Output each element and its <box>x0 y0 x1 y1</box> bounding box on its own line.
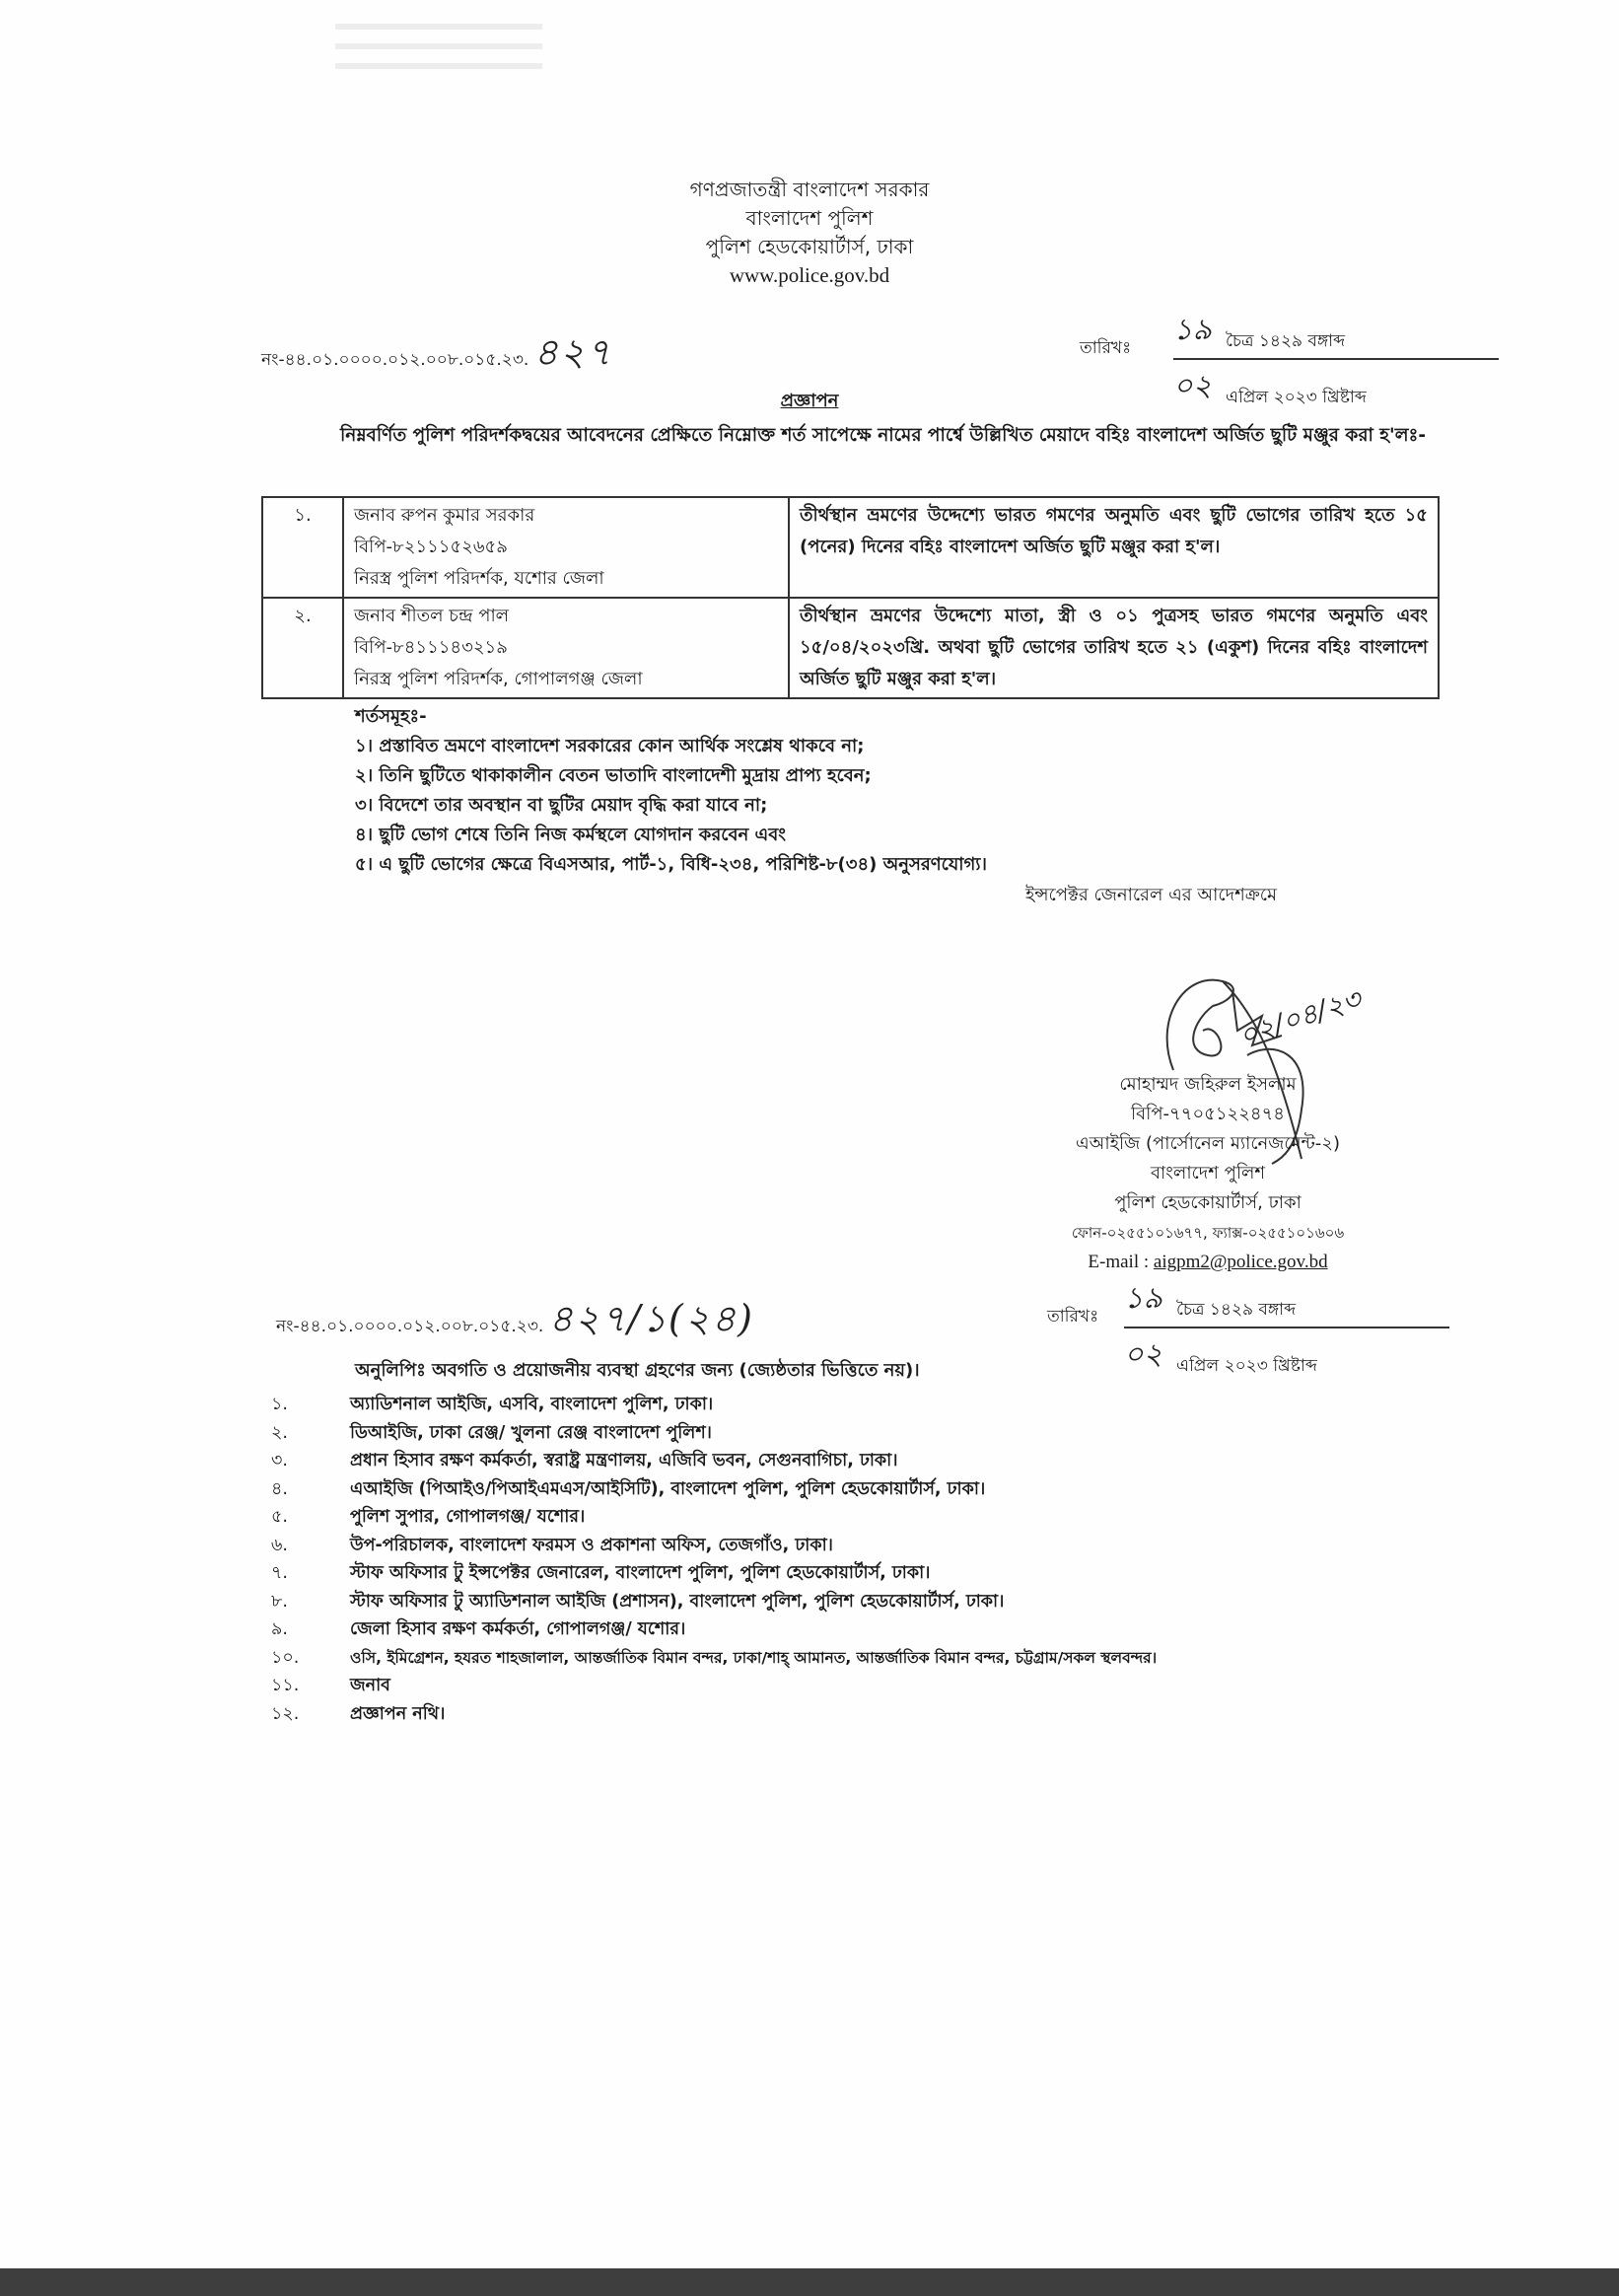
office-name: পুলিশ হেডকোয়ার্টার্স, ঢাকা <box>0 233 1619 261</box>
condition-item: ৫। এ ছুটি ভোগের ক্ষেত্রে বিএসআর, পার্ট-১… <box>355 850 987 880</box>
officer-name: জনাব রুপন কুমার সরকার <box>354 500 778 532</box>
condition-item: ২। তিনি ছুটিতে থাকাকালীন বেতন ভাতাদি বাং… <box>355 761 987 791</box>
letterhead: গণপ্রজাতন্ত্রী বাংলাদেশ সরকার বাংলাদেশ প… <box>0 176 1619 290</box>
memo-reference: নং-৪৪.০১.০০০০.০১২.০০৮.০১৫.২৩. ৪২৭ <box>261 323 612 387</box>
conditions-heading: শর্তসমূহঃ- <box>355 702 987 732</box>
officer-cell: জনাব রুপন কুমার সরকার বিপি-৮২১১১৫২৬৫৯ নি… <box>343 497 789 598</box>
website-link[interactable]: www.police.gov.bd <box>0 261 1619 290</box>
signatory-designation: এআইজি (পার্সোনেল ম্যানেজমেন্ট-২) <box>1016 1129 1400 1159</box>
copy-date-label: তারিখঃ <box>1047 1304 1098 1331</box>
leave-details: তীর্থস্থান ভ্রমণের উদ্দেশ্যে মাতা, স্ত্র… <box>789 598 1439 698</box>
officer-cell: জনাব শীতল চন্দ্র পাল বিপি-৮৪১১১৪৩২১৯ নির… <box>343 598 789 698</box>
govt-name: গণপ্রজাতন্ত্রী বাংলাদেশ সরকার <box>0 176 1619 204</box>
english-day: ০২ <box>1124 1330 1162 1381</box>
subject-title: প্রজ্ঞাপন <box>781 391 839 411</box>
condition-item: ৪। ছুটি ভোগ শেষে তিনি নিজ কর্মস্থলে যোগদ… <box>355 821 987 850</box>
leave-details: তীর্থস্থান ভ্রমণের উদ্দেশ্যে ভারত গমণের … <box>789 497 1439 598</box>
copies-intro: অনুলিপিঃ অবগতি ও প্রয়োজনীয় ব্যবস্থা গ্… <box>355 1356 920 1387</box>
bangla-day: ১৯ <box>1124 1274 1162 1325</box>
conditions-list: শর্তসমূহঃ- ১। প্রস্তাবিত ভ্রমণে বাংলাদেশ… <box>355 702 987 880</box>
memo-ref-number: নং-৪৪.০১.০০০০.০১২.০০৮.০১৫.২৩. <box>261 350 528 370</box>
list-item: ৫.পুলিশ সুপার, গোপালগঞ্জ/ যশোর। <box>271 1503 1157 1532</box>
list-item: ৬.উপ-পরিচালক, বাংলাদেশ ফরমস ও প্রকাশনা অ… <box>271 1532 1157 1560</box>
copy-memo-reference: নং-৪৪.০১.০০০০.০১২.০০৮.০১৫.২৩. ৪২৭/১(২৪) <box>276 1290 754 1353</box>
list-item: ১০.ওসি, ইমিগ্রেশন, হযরত শাহজালাল, আন্তর্… <box>271 1644 1157 1673</box>
grant-table: ১. জনাব রুপন কুমার সরকার বিপি-৮২১১১৫২৬৫৯… <box>261 496 1440 699</box>
list-item: ৭.স্টাফ অফিসার টু ইন্সপেক্টর জেনারেল, বা… <box>271 1559 1157 1588</box>
signatory-name: মোহাম্মদ জহিরুল ইসলাম <box>1016 1070 1400 1100</box>
date-divider <box>1173 358 1499 360</box>
bleed-through-text <box>335 10 542 89</box>
scanner-bottom-edge <box>0 2268 1619 2296</box>
memo-ref-handwritten: ৪২৭ <box>533 330 612 374</box>
list-item: ২.ডিআইজি, ঢাকা রেঞ্জ/ খুলনা রেঞ্জ বাংলাদ… <box>271 1419 1157 1448</box>
signatory-phone-fax: ফোন-০২৫৫১০১৬৭৭, ফ্যাক্স-০২৫৫১০১৬০৬ <box>1016 1218 1400 1248</box>
subject-wrap: প্রজ্ঞাপন <box>0 387 1619 417</box>
list-item: ১২.প্রজ্ঞাপন নথি। <box>271 1700 1157 1729</box>
signatory-office: পুলিশ হেডকোয়ার্টার্স, ঢাকা <box>1016 1188 1400 1218</box>
serial-cell: ১. <box>262 497 343 598</box>
list-item: ১.অ্যাডিশনাল আইজি, এসবি, বাংলাদেশ পুলিশ,… <box>271 1391 1157 1419</box>
table-row: ২. জনাব শীতল চন্দ্র পাল বিপি-৮৪১১১৪৩২১৯ … <box>262 598 1439 698</box>
signatory-block: মোহাম্মদ জহিরুল ইসলাম বিপি-৭৭০৫১২২৪৭৪ এআ… <box>1016 1070 1400 1277</box>
officer-bp: বিপি-৮২১১১৫২৬৫৯ <box>354 532 778 563</box>
officer-designation: নিরস্ত্র পুলিশ পরিদর্শক, যশোর জেলা <box>354 563 778 595</box>
signatory-bp: বিপি-৭৭০৫১২২৪৭৪ <box>1016 1100 1400 1129</box>
signatory-org: বাংলাদেশ পুলিশ <box>1016 1159 1400 1188</box>
signatory-email-line: E-mail : aigpm2@police.gov.bd <box>1016 1248 1400 1277</box>
copy-ref-handwritten: ৪২৭/১(২৪) <box>548 1297 754 1340</box>
bangla-day: ১৯ <box>1173 306 1212 356</box>
copy-ref-number: নং-৪৪.০১.০০০০.০১২.০০৮.০১৫.২৩. <box>276 1317 543 1336</box>
intro-paragraph: নিম্নবর্ণিত পুলিশ পরিদর্শকদ্বয়ের আবেদনে… <box>261 419 1444 452</box>
list-item: ৮.স্টাফ অফিসার টু অ্যাডিশনাল আইজি (প্রশা… <box>271 1588 1157 1616</box>
by-order-line: ইন্সপেক্টর জেনারেল এর আদেশক্রমে <box>1025 881 1277 911</box>
condition-item: ১। প্রস্তাবিত ভ্রমণে বাংলাদেশ সরকারের কো… <box>355 732 987 761</box>
condition-item: ৩। বিদেশে তার অবস্থান বা ছুটির মেয়াদ বৃ… <box>355 791 987 821</box>
officer-designation: নিরস্ত্র পুলিশ পরিদর্শক, গোপালগঞ্জ জেলা <box>354 664 778 695</box>
date-divider <box>1124 1327 1449 1328</box>
memo-date-label: তারিখঃ <box>1080 335 1131 363</box>
list-item: ১১.জনাব <box>271 1672 1157 1700</box>
english-month-year: এপ্রিল ২০২৩ খ্রিষ্টাব্দ <box>1176 1353 1317 1381</box>
serial-cell: ২. <box>262 598 343 698</box>
table-row: ১. জনাব রুপন কুমার সরকার বিপি-৮২১১১৫২৬৫৯… <box>262 497 1439 598</box>
list-item: ৯.জেলা হিসাব রক্ষণ কর্মকর্তা, গোপালগঞ্জ/… <box>271 1615 1157 1644</box>
copy-memo-date: ১৯চৈত্র ১৪২৯ বঙ্গাব্দ ০২এপ্রিল ২০২৩ খ্রি… <box>1124 1274 1449 1381</box>
copies-list: ১.অ্যাডিশনাল আইজি, এসবি, বাংলাদেশ পুলিশ,… <box>271 1391 1157 1728</box>
list-item: ৩.প্রধান হিসাব রক্ষণ কর্মকর্তা, স্বরাষ্ট… <box>271 1447 1157 1475</box>
email-link[interactable]: aigpm2@police.gov.bd <box>1154 1252 1328 1272</box>
officer-bp: বিপি-৮৪১১১৪৩২১৯ <box>354 632 778 664</box>
bangla-month-year: চৈত্র ১৪২৯ বঙ্গাব্দ <box>1226 328 1345 356</box>
bangla-month-year: চৈত্র ১৪২৯ বঙ্গাব্দ <box>1176 1297 1296 1325</box>
officer-name: জনাব শীতল চন্দ্র পাল <box>354 601 778 632</box>
org-name: বাংলাদেশ পুলিশ <box>0 204 1619 233</box>
list-item: ৪.এআইজি (পিআইও/পিআইএমএস/আইসিটি), বাংলাদে… <box>271 1475 1157 1504</box>
document-page: গণপ্রজাতন্ত্রী বাংলাদেশ সরকার বাংলাদেশ প… <box>0 0 1619 2268</box>
